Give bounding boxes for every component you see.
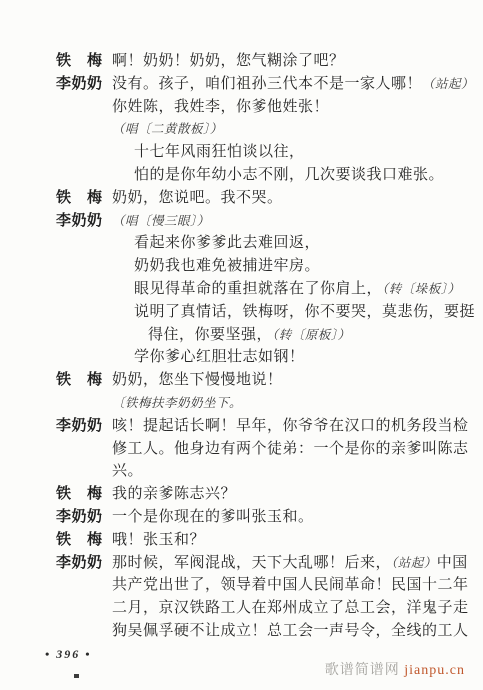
line-text: 二月，京汉铁路工人在郑州成立了总工会，洋鬼子走 — [112, 597, 469, 620]
speech-text: 狗吴佩孚硬不让成立！总工会一声号令，全线的工人 — [112, 623, 469, 639]
speech-text: 我的亲爹陈志兴？ — [112, 486, 236, 502]
script-line: 铁 梅我的亲爹陈志兴？ — [56, 483, 463, 506]
line-text: 一个是你现在的爹叫张玉和。 — [112, 506, 314, 529]
line-text: 学你爹心红胆壮志如钢！ — [134, 346, 305, 369]
speaker-label: 铁 梅 — [56, 529, 103, 552]
line-text: 那时候，军阀混战，天下大乱哪！后来，（站起）中国 — [112, 552, 468, 575]
speech-text: 一个是你现在的爹叫张玉和。 — [112, 509, 314, 525]
speech-text: 哦！张玉和？ — [112, 532, 205, 548]
watermark-site-domain: jianpu.cn — [404, 663, 465, 678]
watermark-site-name: 歌谱简谱网 — [325, 663, 400, 678]
line-text: 说明了真情话，铁梅呀，你不要哭，莫悲伤，要挺 — [134, 301, 475, 324]
line-text: 咳！提起话长啊！早年，你爷爷在汉口的机务段当检 — [112, 415, 469, 438]
script-line: 李奶奶咳！提起话长啊！早年，你爷爷在汉口的机务段当检 — [56, 415, 463, 438]
speech-text: 二月，京汉铁路工人在郑州成立了总工会，洋鬼子走 — [112, 600, 469, 616]
script-line: 李奶奶没有。孩子，咱们祖孙三代本不是一家人哪！（站起） — [56, 73, 463, 96]
speech-text: 看起来你爹爹此去难回返， — [134, 235, 320, 251]
speaker-label: 李奶奶 — [56, 506, 103, 529]
script-line: 十七年风雨狂怕谈以往， — [56, 141, 463, 164]
script-line: （唱〔二黄散板〕） — [56, 118, 463, 141]
script-line: 你姓陈，我姓李，你爹他姓张！ — [56, 96, 463, 119]
speech-text: 你姓陈，我姓李，你爹他姓张！ — [112, 99, 329, 115]
line-text: 没有。孩子，咱们祖孙三代本不是一家人哪！（站起） — [112, 73, 474, 96]
speech-text: 奶奶，您坐下慢慢地说！ — [112, 372, 283, 388]
script-line: 二月，京汉铁路工人在郑州成立了总工会，洋鬼子走 — [56, 597, 463, 620]
speech-text: 学你爹心红胆壮志如钢！ — [134, 349, 305, 365]
line-text: 怕的是你年幼小志不刚，几次要谈我口难张。 — [134, 164, 444, 187]
script-line: 〔铁梅扶李奶奶坐下。 — [56, 392, 463, 415]
line-text: （唱〔慢三眼〕） — [112, 210, 210, 233]
speaker-label: 铁 梅 — [56, 50, 103, 73]
speaker-label: 铁 梅 — [56, 483, 103, 506]
line-text: 你姓陈，我姓李，你爹他姓张！ — [112, 96, 329, 119]
line-text: （唱〔二黄散板〕） — [112, 118, 223, 141]
script-line: 狗吴佩孚硬不让成立！总工会一声号令，全线的工人 — [56, 620, 463, 643]
watermark: 歌谱简谱网 jianpu.cn — [325, 659, 465, 679]
script-line: 李奶奶（唱〔慢三眼〕） — [56, 210, 463, 233]
line-text: 〔铁梅扶李奶奶坐下。 — [112, 392, 242, 415]
speech-text: 修工人。他身边有两个徒弟：一个是你的亲爹叫陈志 — [112, 441, 469, 457]
speech-text: 奶奶，您说吧。我不哭。 — [112, 190, 283, 206]
script-lines: 铁 梅啊！奶奶！奶奶，您气糊涂了吧？李奶奶没有。孩子，咱们祖孙三代本不是一家人哪… — [56, 50, 463, 643]
line-text: 十七年风雨狂怕谈以往， — [134, 141, 305, 164]
line-text: 奶奶，您坐下慢慢地说！ — [112, 369, 283, 392]
line-text: 兴。 — [112, 460, 143, 483]
speaker-label: 铁 梅 — [56, 369, 103, 392]
line-text: 眼见得革命的重担就落在了你肩上，（转〔垛板〕） — [134, 278, 461, 301]
stage-direction: （转〔垛板〕） — [382, 282, 461, 296]
script-line: 铁 梅奶奶，您说吧。我不哭。 — [56, 187, 463, 210]
stage-direction: （站起） — [391, 556, 437, 570]
script-line: 说明了真情话，铁梅呀，你不要哭，莫悲伤，要挺 — [56, 301, 463, 324]
ink-dot-artifact — [74, 674, 79, 678]
speech-text: 眼见得革命的重担就落在了你肩上， — [134, 281, 382, 297]
stage-direction: （站起） — [422, 77, 474, 91]
script-line: 共产党出世了，领导着中国人民闹革命！民国十二年 — [56, 574, 463, 597]
speech-text: 共产党出世了，领导着中国人民闹革命！民国十二年 — [112, 577, 469, 593]
speech-text: 奶奶我也难免被捕进牢房。 — [134, 258, 320, 274]
speaker-label: 铁 梅 — [56, 187, 103, 210]
speech-text: 啊！奶奶！奶奶，您气糊涂了吧？ — [112, 53, 345, 69]
script-line: 兴。 — [56, 460, 463, 483]
script-line: 铁 梅啊！奶奶！奶奶，您气糊涂了吧？ — [56, 50, 463, 73]
speaker-label: 李奶奶 — [56, 552, 103, 575]
speech-text: 兴。 — [112, 463, 143, 479]
speech-text: 中国 — [437, 555, 468, 571]
line-text: 啊！奶奶！奶奶，您气糊涂了吧？ — [112, 50, 345, 73]
line-text: 共产党出世了，领导着中国人民闹革命！民国十二年 — [112, 574, 469, 597]
speaker-label: 李奶奶 — [56, 73, 103, 96]
stage-direction: （转〔原板〕） — [272, 328, 351, 342]
line-text: 奶奶我也难免被捕进牢房。 — [134, 255, 320, 278]
script-line: 铁 梅哦！张玉和？ — [56, 529, 463, 552]
line-text: 奶奶，您说吧。我不哭。 — [112, 187, 283, 210]
speaker-label: 李奶奶 — [56, 415, 103, 438]
script-line: 铁 梅奶奶，您坐下慢慢地说！ — [56, 369, 463, 392]
speech-text: 怕的是你年幼小志不刚，几次要谈我口难张。 — [134, 167, 444, 183]
line-text: 狗吴佩孚硬不让成立！总工会一声号令，全线的工人 — [112, 620, 469, 643]
stage-direction: 〔铁梅扶李奶奶坐下。 — [112, 396, 242, 410]
line-text: 修工人。他身边有两个徒弟：一个是你的亲爹叫陈志 — [112, 438, 469, 461]
script-line: 怕的是你年幼小志不刚，几次要谈我口难张。 — [56, 164, 463, 187]
document-page: 铁 梅啊！奶奶！奶奶，您气糊涂了吧？李奶奶没有。孩子，咱们祖孙三代本不是一家人哪… — [0, 0, 483, 690]
line-text: 哦！张玉和？ — [112, 529, 205, 552]
speech-text: 说明了真情话，铁梅呀，你不要哭，莫悲伤，要挺 — [134, 304, 475, 320]
speech-text: 那时候，军阀混战，天下大乱哪！后来， — [112, 555, 391, 571]
script-line: 眼见得革命的重担就落在了你肩上，（转〔垛板〕） — [56, 278, 463, 301]
script-line: 得住，你要坚强，（转〔原板〕） — [56, 324, 463, 347]
script-line: 李奶奶一个是你现在的爹叫张玉和。 — [56, 506, 463, 529]
stage-direction: （唱〔二黄散板〕） — [112, 122, 223, 136]
script-line: 学你爹心红胆壮志如钢！ — [56, 346, 463, 369]
speech-text: 得住，你要坚强， — [148, 327, 272, 343]
page-number: • 396 • — [45, 647, 91, 662]
script-line: 看起来你爹爹此去难回返， — [56, 232, 463, 255]
script-line: 修工人。他身边有两个徒弟：一个是你的亲爹叫陈志 — [56, 438, 463, 461]
speech-text: 没有。孩子，咱们祖孙三代本不是一家人哪！ — [112, 76, 422, 92]
line-text: 看起来你爹爹此去难回返， — [134, 232, 320, 255]
speaker-label: 李奶奶 — [56, 210, 103, 233]
speech-text: 咳！提起话长啊！早年，你爷爷在汉口的机务段当检 — [112, 418, 469, 434]
line-text: 我的亲爹陈志兴？ — [112, 483, 236, 506]
stage-direction: （唱〔慢三眼〕） — [112, 214, 210, 228]
script-line: 奶奶我也难免被捕进牢房。 — [56, 255, 463, 278]
speech-text: 十七年风雨狂怕谈以往， — [134, 144, 305, 160]
script-line: 李奶奶那时候，军阀混战，天下大乱哪！后来，（站起）中国 — [56, 552, 463, 575]
line-text: 得住，你要坚强，（转〔原板〕） — [148, 324, 351, 347]
